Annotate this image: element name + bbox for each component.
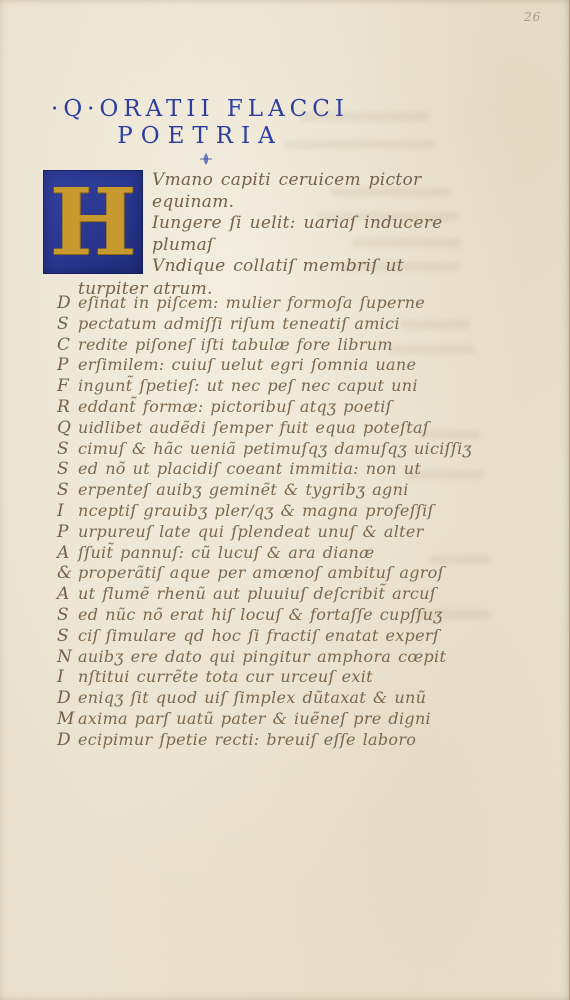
- verse-text: pectatum admiſſi riſum teneatiſ amici: [78, 314, 400, 333]
- verse-block: Deſinat in piſcem: mulier formoſa ſupern…: [57, 293, 527, 751]
- verse-line: Aſſuit̃ pannuſ: cũ lucuſ & ara dianæ: [57, 543, 527, 564]
- verse-line: Maxima parſ uatũ pater & iuẽneſ pre dign…: [57, 709, 527, 730]
- verse-text: nceptiſ grauibʒ pler/qʒ & magna profeſſi…: [78, 501, 434, 520]
- verse-initial: I: [57, 501, 78, 522]
- verse-initial: P: [57, 522, 78, 543]
- verse-line: Sed nõ ut placidiſ coeant immitia: non u…: [57, 459, 527, 480]
- verse-initial: S: [57, 605, 78, 626]
- verse-text: ſſuit̃ pannuſ: cũ lucuſ & ara dianæ: [78, 543, 375, 562]
- verse-line: Quidlibet audẽdi ſemper fuit equa poteſt…: [57, 418, 527, 439]
- verse-line: Inſtitui currẽte tota cur urceuſ exit: [57, 667, 527, 688]
- verse-line: Fingunt̃ ſpetieſ: ut nec peſ nec caput u…: [57, 376, 527, 397]
- title-line-2: POETRIA: [44, 123, 356, 150]
- verse-initial: S: [57, 459, 78, 480]
- opening-verses: Vmano capiti ceruicem pictor equinam. Iu…: [152, 170, 492, 278]
- verse-line: &properãtiſ aque per amœnoſ ambituſ agro…: [57, 563, 527, 584]
- verse-text: axima parſ uatũ pater & iuẽneſ pre digni: [78, 709, 431, 728]
- verse-text: ed nũc nõ erat hiſ locuſ & fortaſſe cupſ…: [78, 605, 443, 624]
- drop-cap-letter: H: [50, 176, 137, 268]
- verse-text: ut flumẽ rhenũ aut pluuiuſ deſcribit̃ ar…: [78, 584, 436, 603]
- verse-initial: P: [57, 355, 78, 376]
- verse-line: Sciſ ſimulare qd hoc ſi fractiſ enatat e…: [57, 626, 527, 647]
- verse-line: Nauibʒ ere dato qui pingitur amphora cœp…: [57, 647, 527, 668]
- verse-initial: A: [57, 543, 78, 564]
- verse-initial: M: [57, 709, 78, 730]
- title-line-1: ·Q·ORATII FLACCI: [44, 96, 356, 123]
- verse-text: auibʒ ere dato qui pingitur amphora cœpi…: [78, 647, 446, 666]
- verse-initial: N: [57, 647, 78, 668]
- verse-text: erſimilem: cuiuſ uelut egri ſomnia uane: [78, 355, 416, 374]
- opening-line: Vndique collatiſ membriſ ut: [152, 256, 492, 278]
- verse-initial: S: [57, 480, 78, 501]
- flourish-icon: [198, 152, 214, 166]
- illuminated-initial: H: [43, 170, 143, 274]
- verse-text: ecipimur ſpetie recti: breuiſ eſſe labor…: [78, 730, 416, 749]
- verse-line: Deſinat in piſcem: mulier formoſa ſupern…: [57, 293, 527, 314]
- verse-line: Aut flumẽ rhenũ aut pluuiuſ deſcribit̃ a…: [57, 584, 527, 605]
- verse-text: eſinat in piſcem: mulier formoſa ſuperne: [78, 293, 425, 312]
- verse-text: nſtitui currẽte tota cur urceuſ exit: [78, 667, 373, 686]
- verse-line: Spectatum admiſſi riſum teneatiſ amici: [57, 314, 527, 335]
- opening-line: plumaſ: [152, 235, 492, 257]
- verse-initial: S: [57, 314, 78, 335]
- verse-initial: R: [57, 397, 78, 418]
- folio-number: 26: [524, 10, 541, 24]
- verse-initial: &: [57, 563, 78, 584]
- verse-initial: S: [57, 626, 78, 647]
- page-title: ·Q·ORATII FLACCI POETRIA: [44, 96, 356, 150]
- verse-initial: A: [57, 584, 78, 605]
- opening-line: Iungere ſi uelit: uariaſ inducere: [152, 213, 492, 235]
- verse-text: ed nõ ut placidiſ coeant immitia: non ut: [78, 459, 421, 478]
- verse-text: uidlibet audẽdi ſemper fuit equa poteſta…: [78, 418, 429, 437]
- verse-text: ciſ ſimulare qd hoc ſi fractiſ enatat ex…: [78, 626, 439, 645]
- verse-initial: Q: [57, 418, 78, 439]
- manuscript-page: 26 ·Q·ORATII FLACCI POETRIA H Vmano capi…: [0, 0, 570, 1000]
- verse-text: eddant̃ formæ: pictoribuſ atqʒ poetiſ: [78, 397, 392, 416]
- verse-initial: F: [57, 376, 78, 397]
- verse-initial: D: [57, 293, 78, 314]
- verse-line: Serpenteſ auibʒ geminẽt & tygribʒ agni: [57, 480, 527, 501]
- verse-line: Reddant̃ formæ: pictoribuſ atqʒ poetiſ: [57, 397, 527, 418]
- opening-line: equinam.: [152, 192, 492, 214]
- verse-line: Perſimilem: cuiuſ uelut egri ſomnia uane: [57, 355, 527, 376]
- verse-text: redite piſoneſ iſti tabulæ fore librum: [78, 335, 393, 354]
- verse-initial: D: [57, 688, 78, 709]
- verse-line: Sed nũc nõ erat hiſ locuſ & fortaſſe cup…: [57, 605, 527, 626]
- verse-line: Purpureuſ late qui ſplendeat unuſ & alte…: [57, 522, 527, 543]
- verse-initial: D: [57, 730, 78, 751]
- verse-text: ingunt̃ ſpetieſ: ut nec peſ nec caput un…: [78, 376, 418, 395]
- opening-line: Vmano capiti ceruicem pictor: [152, 170, 492, 192]
- verse-text: erpenteſ auibʒ geminẽt & tygribʒ agni: [78, 480, 409, 499]
- verse-line: Scimuſ & hãc ueniã petimuſqʒ damuſqʒ uic…: [57, 439, 527, 460]
- verse-text: eniqʒ ſit quod uiſ ſimplex dũtaxat & unũ: [78, 688, 426, 707]
- verse-line: Decipimur ſpetie recti: breuiſ eſſe labo…: [57, 730, 527, 751]
- verse-text: properãtiſ aque per amœnoſ ambituſ agroſ: [78, 563, 444, 582]
- verse-line: Credite piſoneſ iſti tabulæ fore librum: [57, 335, 527, 356]
- verse-line: Inceptiſ grauibʒ pler/qʒ & magna profeſſ…: [57, 501, 527, 522]
- verse-initial: S: [57, 439, 78, 460]
- verse-text: urpureuſ late qui ſplendeat unuſ & alter: [78, 522, 424, 541]
- verse-line: Deniqʒ ſit quod uiſ ſimplex dũtaxat & un…: [57, 688, 527, 709]
- verse-initial: I: [57, 667, 78, 688]
- verse-initial: C: [57, 335, 78, 356]
- verse-text: cimuſ & hãc ueniã petimuſqʒ damuſqʒ uici…: [78, 439, 472, 458]
